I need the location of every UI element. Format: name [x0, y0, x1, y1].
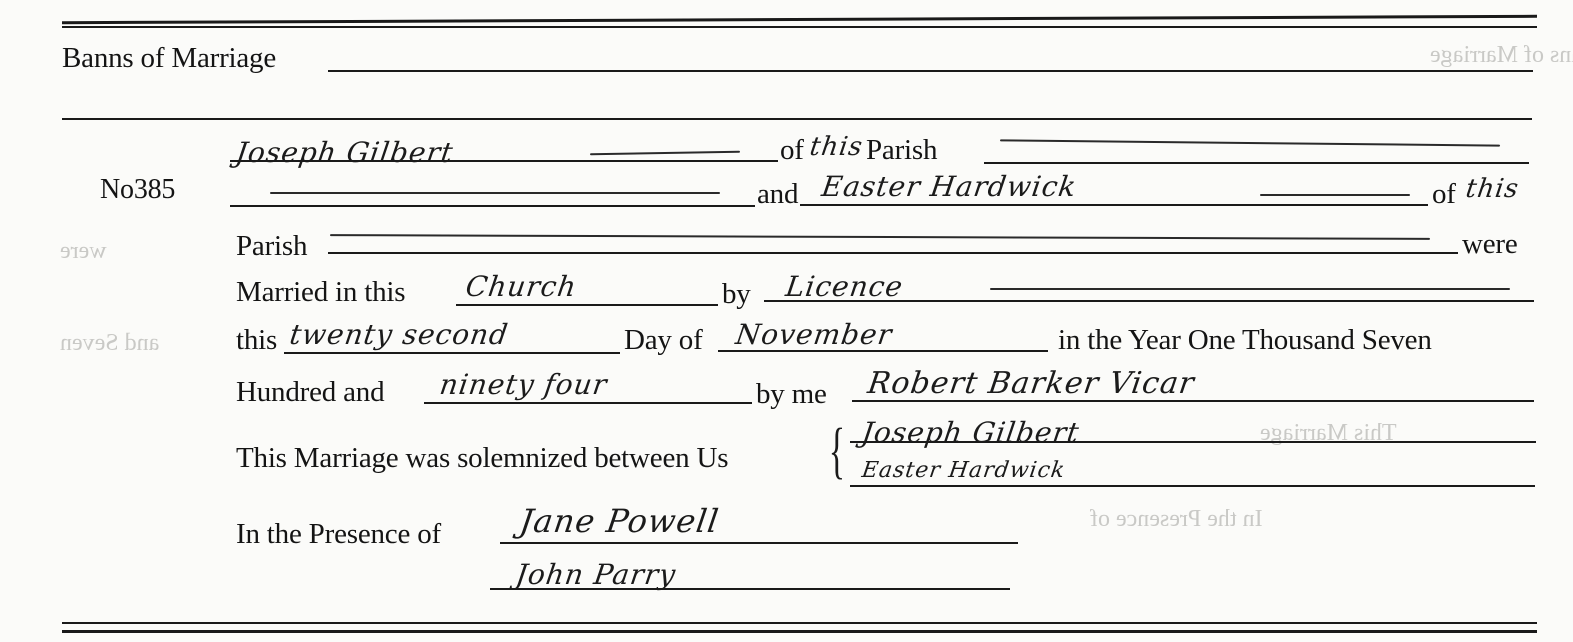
bleed-through-text: were: [60, 238, 107, 265]
banns-header: Banns of Marriage: [62, 44, 276, 73]
filler-stroke: [1000, 139, 1500, 146]
bottom-double-rule: [62, 622, 1537, 624]
witness-1: Jane Powell: [517, 502, 721, 540]
bride-name: Easter Hardwick: [820, 170, 1079, 203]
this-label: this: [236, 326, 277, 355]
parish-fill-line: [328, 252, 1458, 254]
bride-parish: this: [1464, 174, 1521, 204]
groom-of-label: of: [780, 136, 804, 165]
filler-stroke: [1260, 194, 1410, 196]
day-line: [284, 352, 620, 354]
groom-parish-label: Parish: [866, 136, 937, 165]
officiant-label: by me: [756, 380, 827, 409]
solemnized-label: This Marriage was solemnized between Us: [236, 444, 728, 473]
witness-2: John Parry: [514, 558, 679, 591]
groom-parish-line: [984, 162, 1529, 164]
marriage-year: ninety four: [438, 368, 610, 401]
bleed-through-text: Banns of Marriage: [1430, 42, 1573, 69]
top-double-rule: [62, 26, 1537, 28]
place-line: [456, 304, 718, 306]
filler-stroke: [990, 288, 1510, 290]
month-line: [718, 350, 1048, 352]
entry-number: No385: [100, 176, 175, 204]
groom-name-line: [230, 160, 778, 162]
section-divider: [62, 118, 1532, 120]
method-line: [764, 300, 1534, 302]
bride-of-label: of: [1432, 180, 1456, 209]
bride-signature: Easter Hardwick: [860, 458, 1067, 483]
marriage-month: November: [734, 318, 895, 351]
year-line: [424, 402, 752, 404]
bride-name-line: [800, 204, 1428, 206]
groom-signature: Joseph Gilbert: [860, 416, 1082, 449]
marriage-place: Church: [464, 270, 579, 303]
groom-parish: this: [808, 132, 865, 162]
bride-signature-line: [850, 485, 1535, 487]
marriage-day: twenty second: [288, 318, 511, 351]
groom-signature-line: [850, 441, 1536, 443]
bride-and-label: and: [757, 180, 798, 209]
year-prefix: in the Year One Thousand Seven: [1058, 326, 1432, 355]
bride-prefix-line: [230, 205, 755, 207]
banns-fill-line: [328, 70, 1533, 72]
marriage-method: Licence: [784, 270, 906, 303]
day-of-label: Day of: [624, 326, 703, 355]
signature-brace: {: [829, 420, 845, 482]
by-label: by: [722, 280, 751, 309]
were-label: were: [1462, 230, 1518, 259]
witness-1-line: [500, 542, 1018, 544]
bottom-double-rule: [62, 630, 1537, 633]
filler-stroke: [270, 192, 720, 194]
witnesses-label: In the Presence of: [236, 520, 441, 549]
groom-name: Joseph Gilbert: [234, 136, 456, 169]
officiant-name: Robert Barker Vicar: [866, 366, 1197, 401]
filler-stroke: [590, 151, 740, 156]
bleed-through-text: and Seven: [60, 330, 159, 357]
married-in-label: Married in this: [236, 278, 405, 307]
parish-label: Parish: [236, 232, 307, 261]
bleed-through-text: In the Presence of: [1090, 506, 1263, 533]
year-prefix-2: Hundred and: [236, 378, 384, 407]
officiant-line: [852, 400, 1534, 402]
filler-stroke: [330, 234, 1430, 240]
top-double-rule: [62, 15, 1537, 24]
witness-2-line: [490, 588, 1010, 590]
